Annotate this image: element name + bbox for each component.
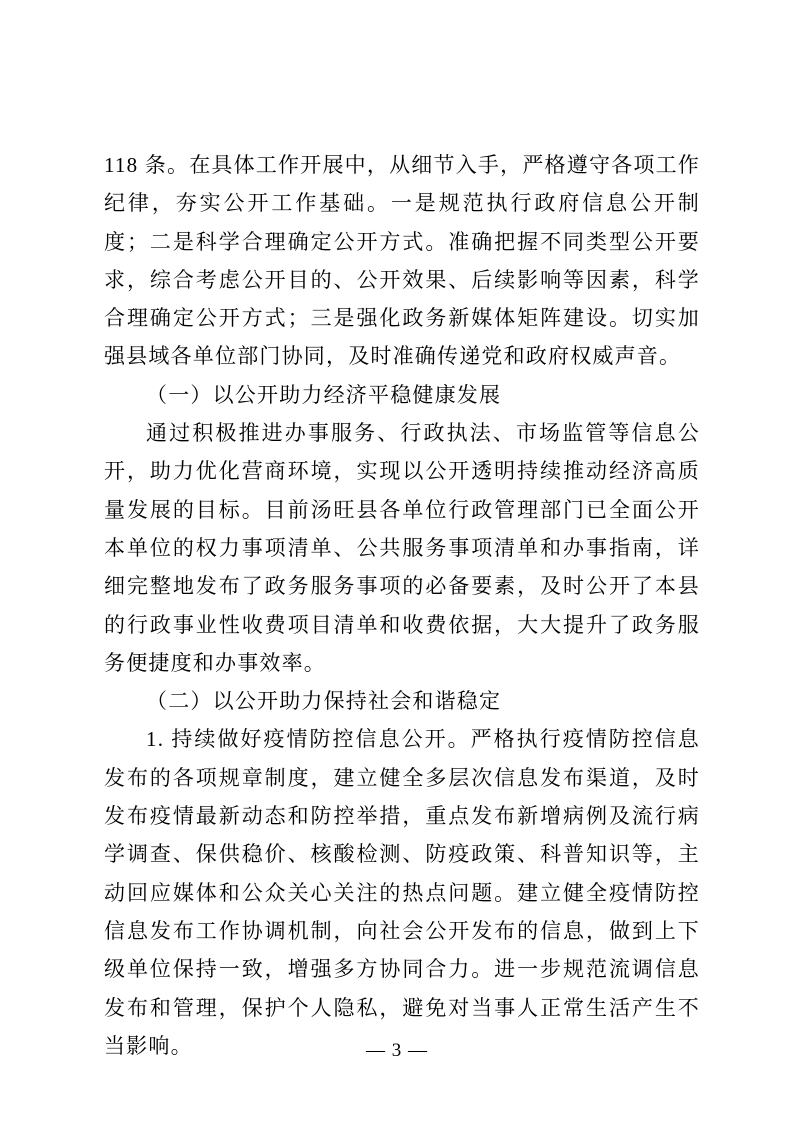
- paragraph-epidemic-info: 1. 持续做好疫情防控信息公开。严格执行疫情防控信息发布的各项规章制度，建立健全…: [104, 720, 700, 1065]
- paragraph-economy: 通过积极推进办事服务、行政执法、市场监管等信息公开，助力优化营商环境，实现以公开…: [104, 414, 700, 682]
- section-heading-2: （二）以公开助力保持社会和谐稳定: [104, 682, 700, 720]
- page-number: — 3 —: [366, 1040, 428, 1061]
- paragraph-continuation: 118 条。在具体工作开展中，从细节入手，严格遵守各项工作纪律，夯实公开工作基础…: [104, 146, 700, 376]
- document-page: 118 条。在具体工作开展中，从细节入手，严格遵守各项工作纪律，夯实公开工作基础…: [0, 0, 794, 1123]
- page-footer: — 3 —: [0, 1040, 794, 1062]
- document-body: 118 条。在具体工作开展中，从细节入手，严格遵守各项工作纪律，夯实公开工作基础…: [104, 146, 700, 1065]
- section-heading-1: （一）以公开助力经济平稳健康发展: [104, 376, 700, 414]
